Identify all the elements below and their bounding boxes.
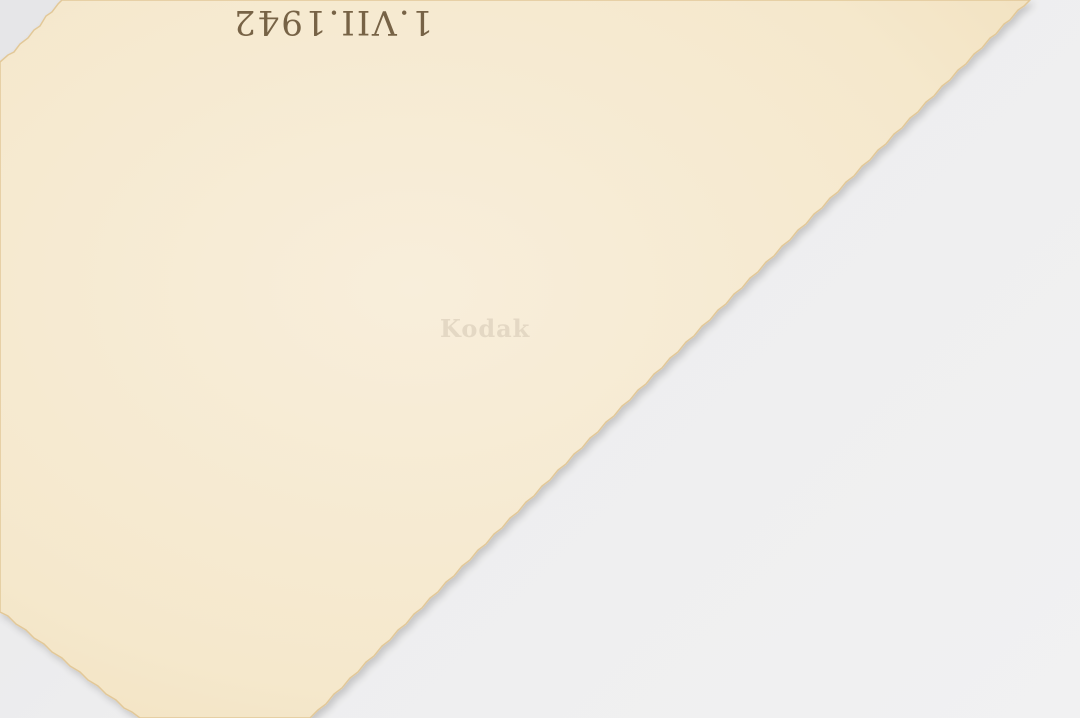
kodak-stamp: Kodak [440, 314, 530, 343]
photo-scene: 1.VII.1942 Kodak [0, 0, 1080, 718]
photo-paper-back [0, 0, 1080, 718]
handwritten-date: 1.VII.1942 [232, 2, 433, 42]
